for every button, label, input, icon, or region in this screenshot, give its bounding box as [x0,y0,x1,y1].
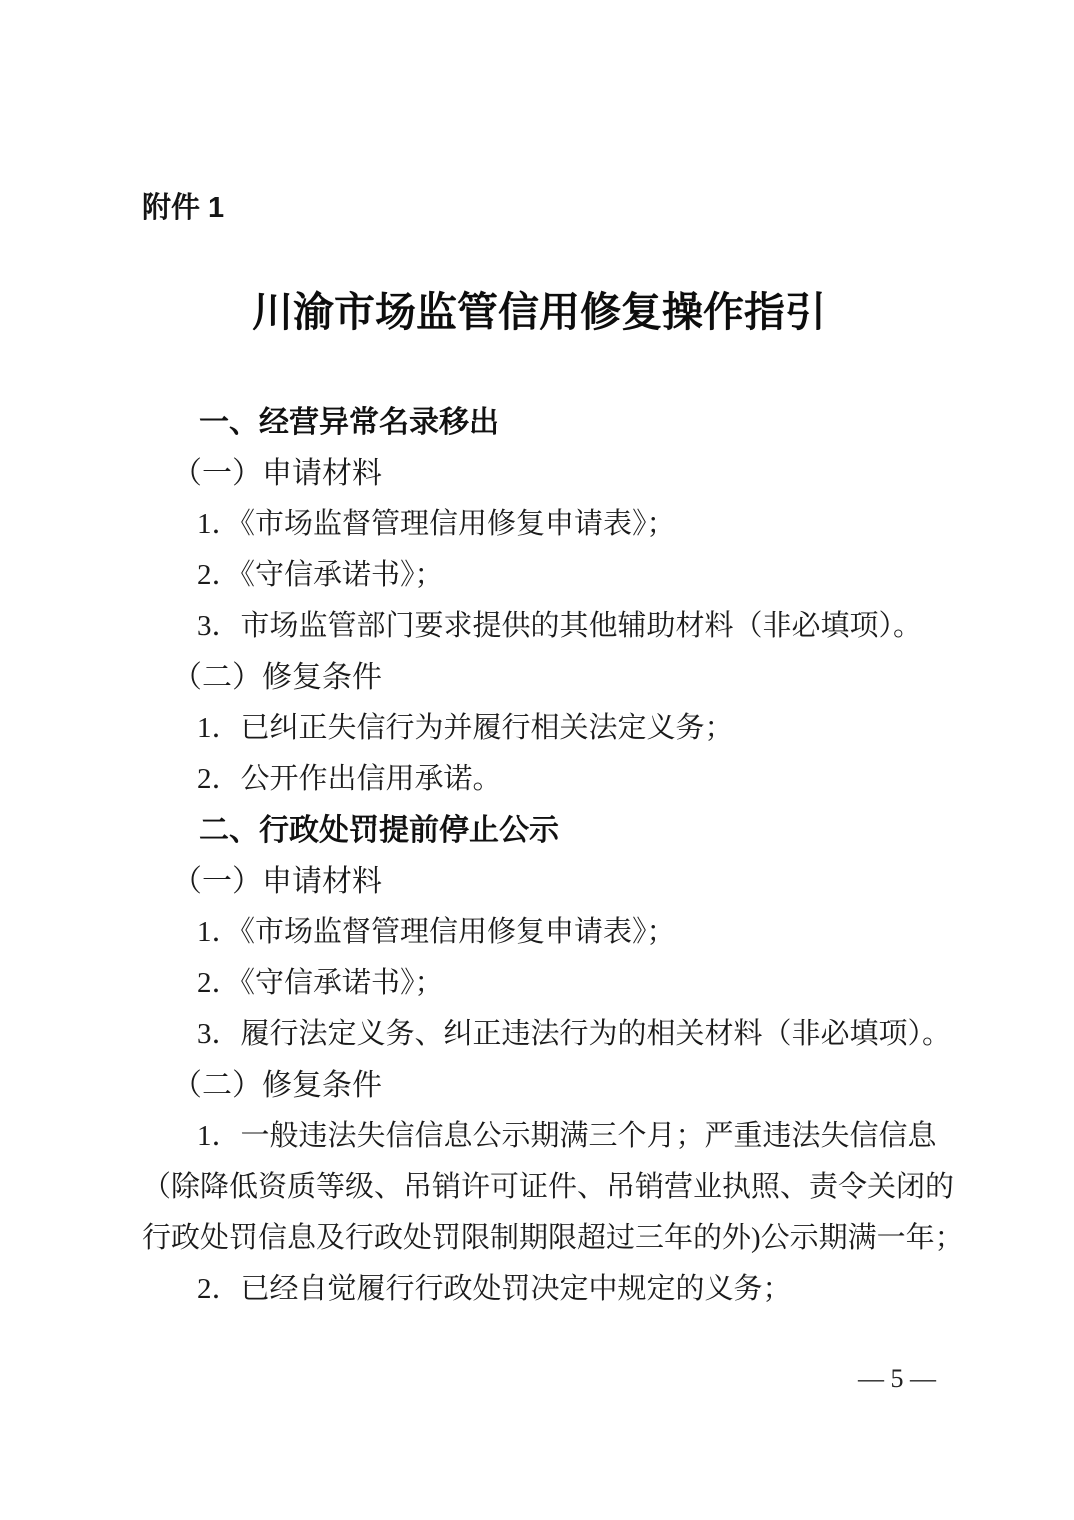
document-body: 一、经营异常名录移出 （一）申请材料 1．《市场监督管理信用修复申请表》； 2．… [142,397,936,1315]
attachment-label: 附件 1 [142,188,936,228]
list-item: 2．《守信承诺书》； [142,550,936,601]
list-item: 1．已纠正失信行为并履行相关法定义务； [142,703,936,754]
subsection-heading: （二）修复条件 [142,652,936,703]
list-item: 3．履行法定义务、纠正违法行为的相关材料（非必填项）。 [142,1009,936,1060]
paragraph-line: 行政处罚信息及行政处罚限制期限超过三年的外)公示期满一年； [142,1213,936,1264]
list-item: 3．市场监管部门要求提供的其他辅助材料（非必填项）。 [142,601,936,652]
list-item: 2．公开作出信用承诺。 [142,754,936,805]
document-title: 川渝市场监管信用修复操作指引 [142,282,936,342]
page-number: — 5 — [858,1363,936,1395]
paragraph-line: （除降低资质等级、吊销许可证件、吊销营业执照、责令关闭的 [142,1162,936,1213]
list-item: 1．《市场监督管理信用修复申请表》； [142,907,936,958]
subsection-heading: （二）修复条件 [142,1060,936,1111]
subsection-heading: （一）申请材料 [142,448,936,499]
subsection-heading: （一）申请材料 [142,856,936,907]
section-heading: 二、行政处罚提前停止公示 [142,805,936,856]
section-heading: 一、经营异常名录移出 [142,397,936,448]
list-item: 1．《市场监督管理信用修复申请表》； [142,499,936,550]
list-item: 2．《守信承诺书》； [142,958,936,1009]
list-item: 1．一般违法失信信息公示期满三个月；严重违法失信信息 [142,1111,936,1162]
list-item: 2．已经自觉履行行政处罚决定中规定的义务； [142,1264,936,1315]
document-page: 附件 1 川渝市场监管信用修复操作指引 一、经营异常名录移出 （一）申请材料 1… [0,0,1074,1520]
